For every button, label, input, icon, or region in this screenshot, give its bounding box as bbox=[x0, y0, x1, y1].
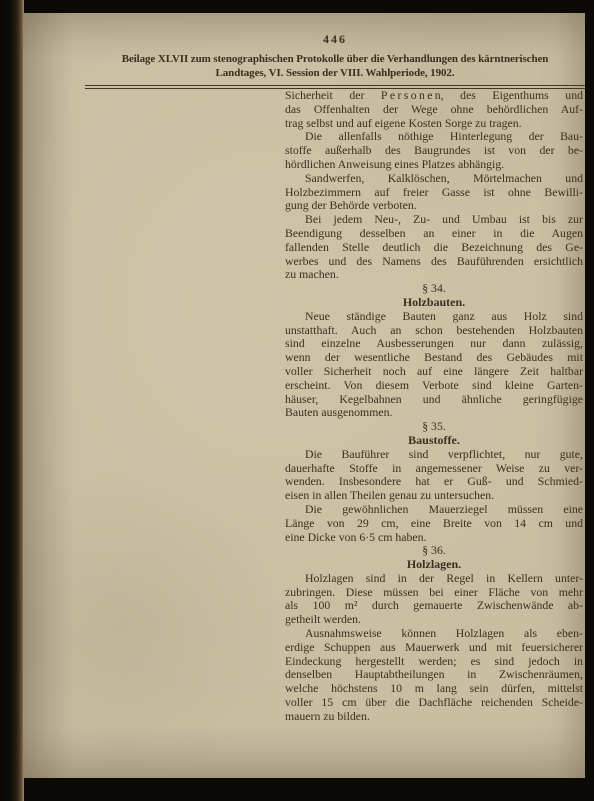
scanned-page-photo: 446 Beilage XLVII zum stenographischen P… bbox=[0, 0, 594, 801]
text-line: voller 15 cm über die Dachfläche reichen… bbox=[285, 696, 583, 710]
text-line: Sicherheit der P e r s o n e n, des Eige… bbox=[285, 89, 583, 103]
text-line: getheilt werden. bbox=[285, 613, 583, 627]
text-line: unstatthaft. Auch an schon bestehenden H… bbox=[285, 324, 583, 338]
text-line: sind einzelne Ausbesserungen nur dann zu… bbox=[285, 337, 583, 351]
text-line: Sandwerfen, Kalklöschen, Mörtelmachen un… bbox=[285, 172, 583, 186]
text-line: wenden. Insbesondere hat er Guß- und Sch… bbox=[285, 475, 583, 489]
text-line: Bauten ausgenommen. bbox=[285, 406, 583, 420]
text-line: eisen in allen Theilen genau zu untersuc… bbox=[285, 489, 583, 503]
section-title: Holzbauten. bbox=[285, 296, 583, 310]
text-line: welche höchstens 10 m lang sein dürfen, … bbox=[285, 682, 583, 696]
text-line: zubringen. Diese müssen bei einer Fläche… bbox=[285, 586, 583, 600]
text-line: voller Sicherheit noch auf eine längere … bbox=[285, 365, 583, 379]
text-line: Eindeckung hergestellt werden; es sind j… bbox=[285, 655, 583, 669]
text-line: Beendigung desselben an einer in die Aug… bbox=[285, 227, 583, 241]
section-title: Baustoffe. bbox=[285, 434, 583, 448]
text-line: Die allenfalls nöthige Hinterlegung der … bbox=[285, 130, 583, 144]
text-line: Neue ständige Bauten ganz aus Holz sind bbox=[285, 310, 583, 324]
text-line: häuser, Kegelbahnen und ähnliche geringf… bbox=[285, 393, 583, 407]
section-number: § 36. bbox=[285, 544, 583, 558]
text-line: erscheint. Von diesem Verbote sind klein… bbox=[285, 379, 583, 393]
text-line: Bei jedem Neu-, Zu- und Umbau ist bis zu… bbox=[285, 213, 583, 227]
text-line: Holzbezimmern auf freier Gasse ist ohne … bbox=[285, 186, 583, 200]
text-line: stoffe außerhalb des Baugrundes ist von … bbox=[285, 144, 583, 158]
text-line: zu machen. bbox=[285, 268, 583, 282]
body-text-column: Sicherheit der P e r s o n e n, des Eige… bbox=[285, 89, 583, 724]
text-line: Holzlagen sind in der Regel in Kellern u… bbox=[285, 572, 583, 586]
text-line: fallenden Stelle deutlich die Bezeichnun… bbox=[285, 241, 583, 255]
text-line: gung der Behörde verboten. bbox=[285, 199, 583, 213]
text-line: dauerhafte Stoffe in angemessener Weise … bbox=[285, 462, 583, 476]
text-line: Die Bauführer sind verpflichtet, nur gut… bbox=[285, 448, 583, 462]
header-title-line-2: Landtages, VI. Session der VIII. Wahlper… bbox=[85, 66, 585, 80]
text-line: als 100 m² durch gemauerte Zwischenwände… bbox=[285, 599, 583, 613]
text-line: eine Dicke von 6·5 cm haben. bbox=[285, 531, 583, 545]
text-line: erdige Schuppen aus Mauerwerk und mit fe… bbox=[285, 641, 583, 655]
page-header: Beilage XLVII zum stenographischen Proto… bbox=[85, 52, 585, 80]
page-number: 446 bbox=[85, 32, 585, 47]
text-line: mauern zu bilden. bbox=[285, 710, 583, 724]
text-line: trag selbst und auf eigene Kosten Sorge … bbox=[285, 117, 583, 131]
text-line: Die gewöhnlichen Mauerziegel müssen eine bbox=[285, 503, 583, 517]
text-line: Länge von 29 cm, eine Breite von 14 cm u… bbox=[285, 517, 583, 531]
text-line: das Offenhalten der Wege ohne behördlich… bbox=[285, 103, 583, 117]
paper-page: 446 Beilage XLVII zum stenographischen P… bbox=[23, 13, 585, 778]
text-line: Ausnahmsweise können Holzlagen als eben- bbox=[285, 627, 583, 641]
section-title: Holzlagen. bbox=[285, 558, 583, 572]
text-line: wenn der wesentliche Bestand des Gebäude… bbox=[285, 351, 583, 365]
section-number: § 35. bbox=[285, 420, 583, 434]
book-binding-edge bbox=[0, 0, 24, 801]
text-line: hördlichen Anweisung eines Platzes abhän… bbox=[285, 158, 583, 172]
text-line: denselben Hauptabtheilungen in Zwischenr… bbox=[285, 668, 583, 682]
header-title-line-1: Beilage XLVII zum stenographischen Proto… bbox=[85, 52, 585, 66]
text-line: werbes und des Namens des Bauführenden e… bbox=[285, 255, 583, 269]
section-number: § 34. bbox=[285, 282, 583, 296]
